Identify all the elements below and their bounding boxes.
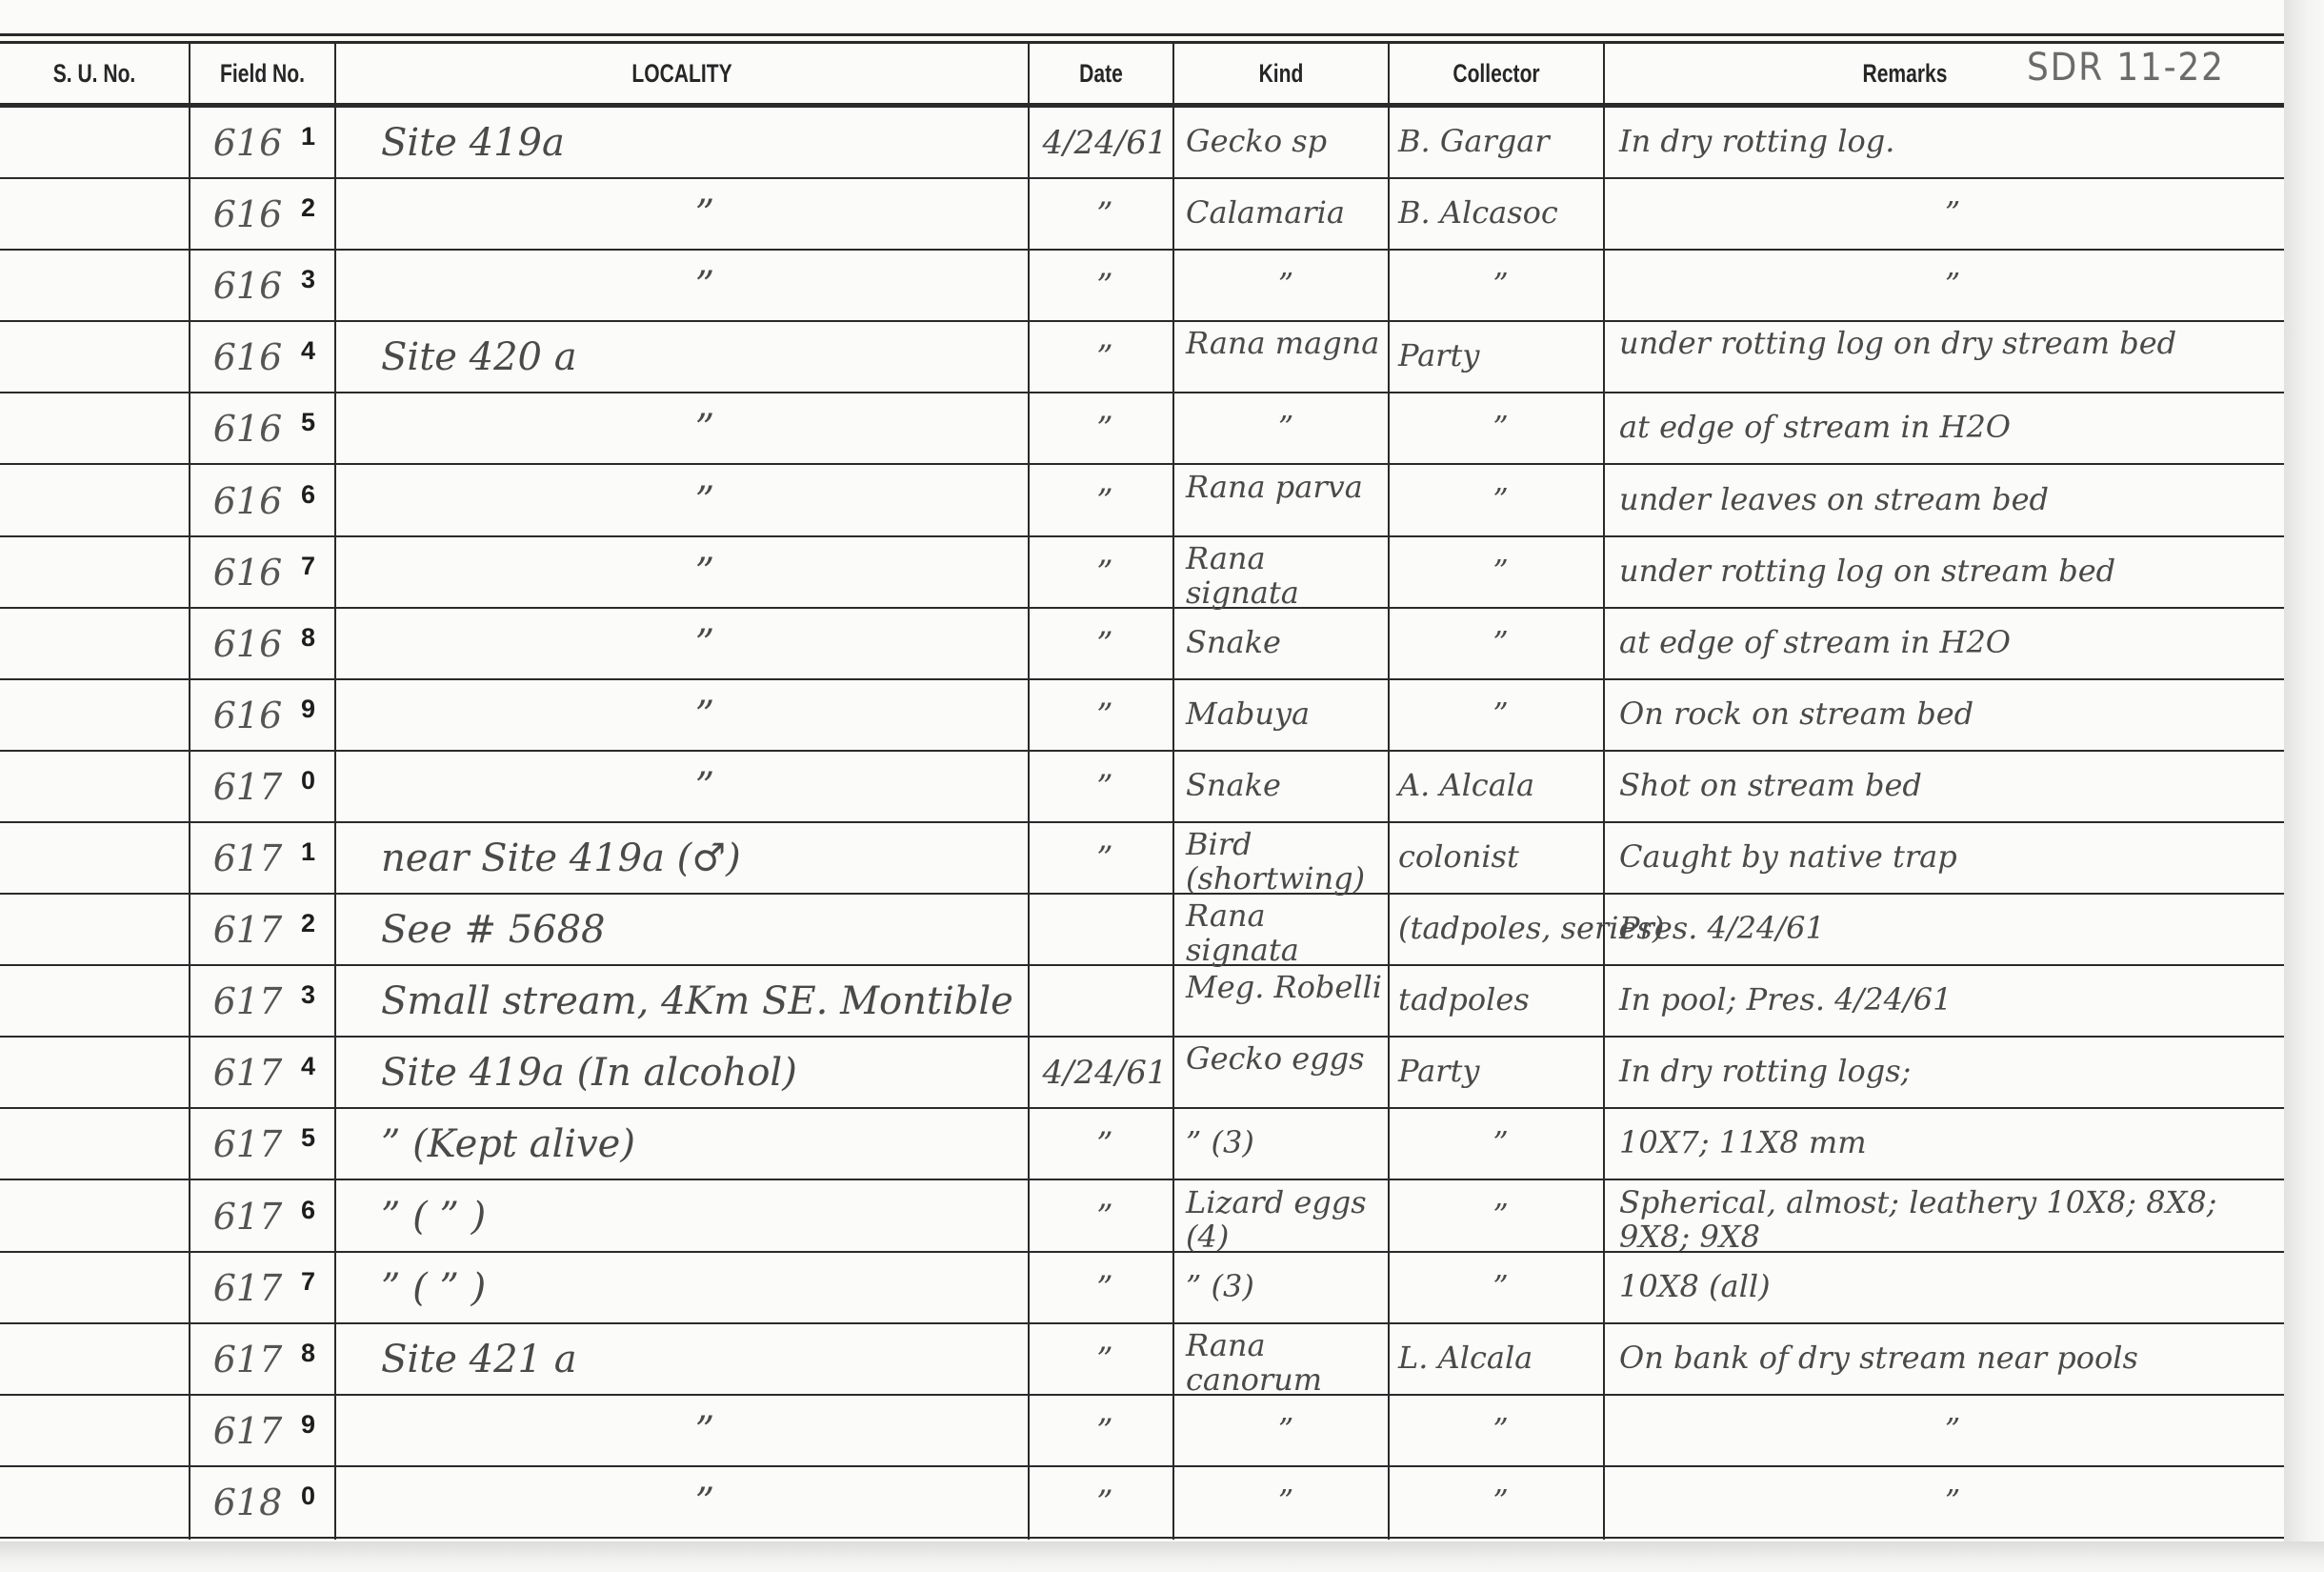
remarks-cell: Pres. 4/24/61 bbox=[1619, 895, 2286, 966]
su-no-cell bbox=[10, 680, 181, 752]
table-row: 6161Site 419a4/24/61Gecko spB. GargarIn … bbox=[0, 108, 2284, 179]
remarks-cell: Shot on stream bed bbox=[1619, 752, 2286, 823]
remarks-cell: ” bbox=[1619, 251, 2286, 322]
remarks-cell: In dry rotting log. bbox=[1619, 108, 2286, 179]
kind-cell: Rana canorum bbox=[1186, 1324, 1386, 1400]
date-cell: 4/24/61 bbox=[1038, 108, 1172, 179]
su-no-cell bbox=[10, 108, 181, 179]
locality-cell: ” (Kept alive) bbox=[381, 1109, 1029, 1180]
kind-cell: Gecko sp bbox=[1186, 108, 1386, 179]
field-no-digit: 3 bbox=[301, 966, 330, 1038]
collector-cell: A. Alcala bbox=[1398, 752, 1603, 823]
remarks-cell: Spherical, almost; leathery 10X8; 8X8; 9… bbox=[1619, 1181, 2286, 1257]
locality-cell: See # 5688 bbox=[381, 895, 1029, 966]
field-no-prefix: 616 bbox=[195, 466, 300, 537]
header-field-no: Field No. bbox=[207, 44, 319, 103]
locality-cell: Site 419a (In alcohol) bbox=[381, 1038, 1029, 1109]
date-cell: ” bbox=[1038, 752, 1172, 823]
collector-cell: tadpoles bbox=[1398, 966, 1603, 1038]
su-no-cell bbox=[10, 1253, 181, 1324]
locality-cell: ” bbox=[381, 680, 1029, 752]
field-no-digit: 8 bbox=[301, 1324, 330, 1396]
field-no-prefix: 618 bbox=[195, 1467, 300, 1539]
kind-cell: Snake bbox=[1186, 752, 1386, 823]
header-locality: LOCALITY bbox=[412, 44, 952, 103]
table-row: 6177” ( ” )”” (3)”10X8 (all) bbox=[0, 1253, 2284, 1324]
field-no-digit: 3 bbox=[301, 251, 330, 322]
su-no-cell bbox=[10, 823, 181, 895]
locality-cell: ” bbox=[381, 466, 1029, 537]
field-no-prefix: 617 bbox=[195, 1396, 300, 1467]
field-no-prefix: 617 bbox=[195, 966, 300, 1038]
kind-cell: Rana magna bbox=[1186, 322, 1386, 397]
table-row: 6169””Mabuya”On rock on stream bed bbox=[0, 680, 2284, 752]
remarks-cell: 10X7; 11X8 mm bbox=[1619, 1109, 2286, 1180]
field-no-prefix: 616 bbox=[195, 393, 300, 465]
date-cell bbox=[1038, 895, 1172, 966]
field-no-digit: 0 bbox=[301, 752, 330, 823]
kind-cell: Rana signata bbox=[1186, 537, 1386, 613]
kind-cell: Rana parva bbox=[1186, 466, 1386, 541]
locality-cell: ” bbox=[381, 1467, 1029, 1539]
kind-cell: Mabuya bbox=[1186, 680, 1386, 752]
kind-cell: ” bbox=[1186, 251, 1386, 322]
remarks-cell: In dry rotting logs; bbox=[1619, 1038, 2286, 1109]
locality-cell: ” bbox=[381, 393, 1029, 465]
date-cell: ” bbox=[1038, 251, 1172, 322]
page-bottom-edge bbox=[0, 1542, 2324, 1572]
header-collector: Collector bbox=[1413, 44, 1580, 103]
locality-cell: near Site 419a (♂) bbox=[381, 823, 1029, 895]
header-date: Date bbox=[1046, 44, 1157, 103]
collector-cell: ” bbox=[1398, 1467, 1603, 1539]
kind-cell: ” bbox=[1186, 1467, 1386, 1539]
date-cell: ” bbox=[1038, 609, 1172, 680]
locality-cell: Small stream, 4Km SE. Montible bbox=[381, 966, 1029, 1038]
field-no-prefix: 616 bbox=[195, 108, 300, 179]
locality-cell: ” ( ” ) bbox=[381, 1253, 1029, 1324]
header-su-no: S. U. No. bbox=[21, 44, 168, 103]
remarks-cell: ” bbox=[1619, 179, 2286, 251]
field-no-digit: 0 bbox=[301, 1467, 330, 1539]
locality-cell: ” bbox=[381, 537, 1029, 609]
locality-cell: ” bbox=[381, 179, 1029, 251]
field-no-digit: 2 bbox=[301, 895, 330, 966]
table-row: 6168””Snake”at edge of stream in H2O bbox=[0, 609, 2284, 680]
field-no-prefix: 617 bbox=[195, 1181, 300, 1253]
table-row: 6178Site 421 a”Rana canorumL. AlcalaOn b… bbox=[0, 1324, 2284, 1396]
remarks-cell: On bank of dry stream near pools bbox=[1619, 1324, 2286, 1396]
kind-cell: Calamaria bbox=[1186, 179, 1386, 251]
collector-cell: Party bbox=[1398, 322, 1603, 393]
table-row: 6166””Rana parva”under leaves on stream … bbox=[0, 466, 2284, 537]
su-no-cell bbox=[10, 537, 181, 609]
remarks-cell: under rotting log on dry stream bed bbox=[1619, 322, 2286, 397]
su-no-cell bbox=[10, 895, 181, 966]
collector-cell: colonist bbox=[1398, 823, 1603, 895]
field-no-prefix: 617 bbox=[195, 1109, 300, 1180]
field-no-prefix: 616 bbox=[195, 609, 300, 680]
field-no-digit: 7 bbox=[301, 537, 330, 609]
collector-cell: ” bbox=[1398, 609, 1603, 680]
kind-cell: ” (3) bbox=[1186, 1253, 1386, 1324]
kind-cell: Meg. Robelli bbox=[1186, 966, 1386, 1041]
table-row: 6175” (Kept alive)”” (3)”10X7; 11X8 mm bbox=[0, 1109, 2284, 1180]
date-cell: ” bbox=[1038, 1109, 1172, 1180]
field-no-prefix: 616 bbox=[195, 251, 300, 322]
su-no-cell bbox=[10, 1038, 181, 1109]
field-no-digit: 1 bbox=[301, 108, 330, 179]
field-no-prefix: 616 bbox=[195, 322, 300, 393]
collector-cell: B. Alcasoc bbox=[1398, 179, 1603, 251]
field-no-digit: 9 bbox=[301, 680, 330, 752]
collector-cell: L. Alcala bbox=[1398, 1324, 1603, 1396]
table-row: 6162””CalamariaB. Alcasoc” bbox=[0, 179, 2284, 251]
table-row: 6172See # 5688Rana signata(tadpoles, ser… bbox=[0, 895, 2284, 966]
table-row: 6173Small stream, 4Km SE. MontibleMeg. R… bbox=[0, 966, 2284, 1038]
su-no-cell bbox=[10, 966, 181, 1038]
table-row: 6179””””” bbox=[0, 1396, 2284, 1467]
remarks-cell: Caught by native trap bbox=[1619, 823, 2286, 895]
date-cell: ” bbox=[1038, 466, 1172, 537]
su-no-cell bbox=[10, 251, 181, 322]
locality-cell: ” bbox=[381, 609, 1029, 680]
table-row: 6180””””” bbox=[0, 1467, 2284, 1539]
kind-cell: Gecko eggs bbox=[1186, 1038, 1386, 1113]
su-no-cell bbox=[10, 179, 181, 251]
table-row: 6174Site 419a (In alcohol)4/24/61Gecko e… bbox=[0, 1038, 2284, 1109]
date-cell: ” bbox=[1038, 680, 1172, 752]
remarks-cell: at edge of stream in H2O bbox=[1619, 393, 2286, 465]
field-no-prefix: 617 bbox=[195, 1324, 300, 1396]
field-no-digit: 6 bbox=[301, 1181, 330, 1253]
kind-cell: Bird (shortwing) bbox=[1186, 823, 1386, 898]
field-no-digit: 8 bbox=[301, 609, 330, 680]
remarks-cell: 10X8 (all) bbox=[1619, 1253, 2286, 1324]
su-no-cell bbox=[10, 322, 181, 393]
date-cell: ” bbox=[1038, 1467, 1172, 1539]
field-no-digit: 1 bbox=[301, 823, 330, 895]
collector-cell: ” bbox=[1398, 1109, 1603, 1180]
table-row: 6176” ( ” )”Lizard eggs (4)”Spherical, a… bbox=[0, 1181, 2284, 1253]
collector-cell: ” bbox=[1398, 680, 1603, 752]
collector-cell: ” bbox=[1398, 1181, 1603, 1253]
page-edge bbox=[2284, 0, 2324, 1572]
collector-cell: Party bbox=[1398, 1038, 1603, 1109]
date-cell: ” bbox=[1038, 1324, 1172, 1396]
date-cell: ” bbox=[1038, 823, 1172, 895]
collector-cell: ” bbox=[1398, 537, 1603, 609]
sheet-annotation: SDR 11-22 bbox=[2027, 46, 2225, 90]
su-no-cell bbox=[10, 1396, 181, 1467]
field-no-prefix: 617 bbox=[195, 823, 300, 895]
date-cell: ” bbox=[1038, 322, 1172, 393]
header-kind: Kind bbox=[1198, 44, 1365, 103]
field-no-prefix: 617 bbox=[195, 1253, 300, 1324]
field-no-digit: 4 bbox=[301, 322, 330, 393]
field-no-prefix: 616 bbox=[195, 179, 300, 251]
su-no-cell bbox=[10, 1467, 181, 1539]
locality-cell: Site 419a bbox=[381, 108, 1029, 179]
date-cell: ” bbox=[1038, 1396, 1172, 1467]
kind-cell: Rana signata bbox=[1186, 895, 1386, 970]
table-row: 6167””Rana signata”under rotting log on … bbox=[0, 537, 2284, 609]
locality-cell: ” bbox=[381, 752, 1029, 823]
locality-cell: Site 421 a bbox=[381, 1324, 1029, 1396]
field-no-digit: 7 bbox=[301, 1253, 330, 1324]
field-no-digit: 2 bbox=[301, 179, 330, 251]
collector-cell: ” bbox=[1398, 251, 1603, 322]
remarks-cell: In pool; Pres. 4/24/61 bbox=[1619, 966, 2286, 1038]
field-no-digit: 4 bbox=[301, 1038, 330, 1109]
date-cell: ” bbox=[1038, 1253, 1172, 1324]
kind-cell: Lizard eggs (4) bbox=[1186, 1181, 1386, 1257]
su-no-cell bbox=[10, 1181, 181, 1253]
remarks-cell: On rock on stream bed bbox=[1619, 680, 2286, 752]
field-no-prefix: 617 bbox=[195, 1038, 300, 1109]
table-row: 6171near Site 419a (♂)”Bird (shortwing)c… bbox=[0, 823, 2284, 895]
su-no-cell bbox=[10, 1324, 181, 1396]
collector-cell: ” bbox=[1398, 1396, 1603, 1467]
field-no-digit: 6 bbox=[301, 466, 330, 537]
table-row: 6165””””at edge of stream in H2O bbox=[0, 393, 2284, 465]
field-no-prefix: 616 bbox=[195, 680, 300, 752]
locality-cell: ” bbox=[381, 251, 1029, 322]
locality-cell: Site 420 a bbox=[381, 322, 1029, 393]
kind-cell: ” (3) bbox=[1186, 1109, 1386, 1180]
remarks-cell: under rotting log on stream bed bbox=[1619, 537, 2286, 609]
field-no-digit: 5 bbox=[301, 393, 330, 465]
date-cell: 4/24/61 bbox=[1038, 1038, 1172, 1109]
su-no-cell bbox=[10, 393, 181, 465]
field-no-digit: 9 bbox=[301, 1396, 330, 1467]
su-no-cell bbox=[10, 466, 181, 537]
collector-cell: ” bbox=[1398, 466, 1603, 537]
remarks-cell: ” bbox=[1619, 1396, 2286, 1467]
table-row: 6164Site 420 a”Rana magnaPartyunder rott… bbox=[0, 322, 2284, 393]
kind-cell: ” bbox=[1186, 393, 1386, 465]
su-no-cell bbox=[10, 752, 181, 823]
kind-cell: Snake bbox=[1186, 609, 1386, 680]
collector-cell: (tadpoles, series) bbox=[1398, 895, 1603, 966]
remarks-cell: ” bbox=[1619, 1467, 2286, 1539]
su-no-cell bbox=[10, 1109, 181, 1180]
header-remarks: Remarks bbox=[1815, 44, 1993, 103]
top-rule-1 bbox=[0, 33, 2284, 36]
date-cell: ” bbox=[1038, 393, 1172, 465]
date-cell: ” bbox=[1038, 1181, 1172, 1253]
remarks-cell: at edge of stream in H2O bbox=[1619, 609, 2286, 680]
field-no-digit: 5 bbox=[301, 1109, 330, 1180]
remarks-cell: under leaves on stream bed bbox=[1619, 466, 2286, 537]
date-cell: ” bbox=[1038, 537, 1172, 609]
kind-cell: ” bbox=[1186, 1396, 1386, 1467]
date-cell: ” bbox=[1038, 179, 1172, 251]
locality-cell: ” bbox=[381, 1396, 1029, 1467]
table-row: 6163””””” bbox=[0, 251, 2284, 322]
su-no-cell bbox=[10, 609, 181, 680]
field-no-prefix: 617 bbox=[195, 752, 300, 823]
collector-cell: ” bbox=[1398, 1253, 1603, 1324]
field-no-prefix: 617 bbox=[195, 895, 300, 966]
collector-cell: B. Gargar bbox=[1398, 108, 1603, 179]
field-no-prefix: 616 bbox=[195, 537, 300, 609]
locality-cell: ” ( ” ) bbox=[381, 1181, 1029, 1253]
date-cell bbox=[1038, 966, 1172, 1038]
table-row: 6170””SnakeA. AlcalaShot on stream bed bbox=[0, 752, 2284, 823]
collector-cell: ” bbox=[1398, 393, 1603, 465]
